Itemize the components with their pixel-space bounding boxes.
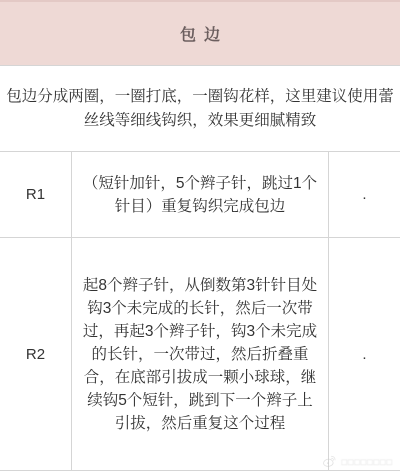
intro-row: 包边分成两圈，一圈打底，一圈钩花样，这里建议使用蕾丝线等细线钩织，效果更细腻精致	[0, 65, 400, 152]
row-note: .	[329, 152, 400, 237]
page-title: 包边	[172, 22, 228, 45]
table-row: R1 （短针加针，5个辫子针，跳过1个针目）重复钩织完成包边 .	[0, 152, 400, 238]
pattern-table-page: 包边 包边分成两圈，一圈打底，一圈钩花样，这里建议使用蕾丝线等细线钩织，效果更细…	[0, 0, 400, 475]
table-header: 包边	[0, 0, 400, 65]
row-label: R1	[0, 152, 72, 237]
row-instruction: 起8个辫子针，从倒数第3针针目处钩3个未完成的长针，然后一次带过，再起3个辫子针…	[72, 238, 329, 470]
table-row: R2 起8个辫子针，从倒数第3针针目处钩3个未完成的长针，然后一次带过，再起3个…	[0, 238, 400, 471]
row-note: .	[329, 238, 400, 470]
row-instruction: （短针加针，5个辫子针，跳过1个针目）重复钩织完成包边	[72, 152, 329, 237]
row-label: R2	[0, 238, 72, 470]
intro-text: 包边分成两圈，一圈打底，一圈钩花样，这里建议使用蕾丝线等细线钩织，效果更细腻精致	[0, 85, 400, 133]
